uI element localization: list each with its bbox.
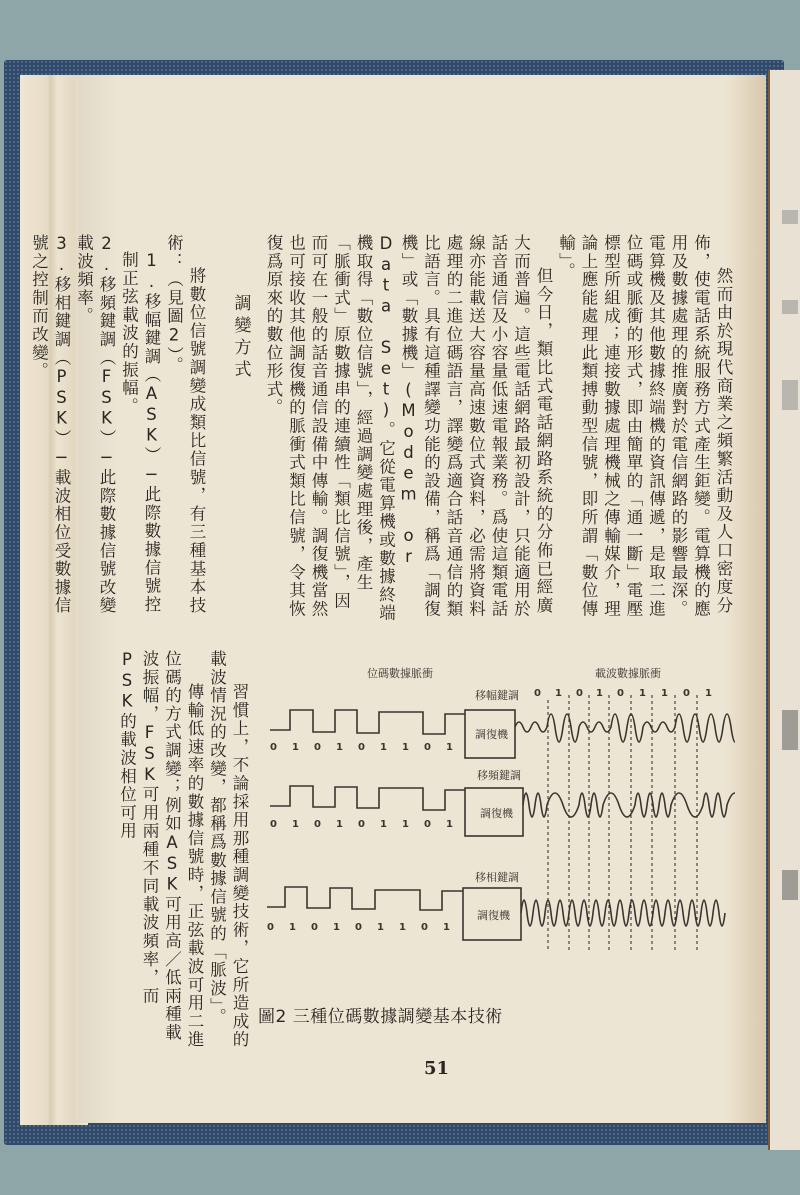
digital-pulse-label: 位碼數據脈衝	[367, 666, 433, 680]
svg-text:1: 1	[639, 688, 646, 699]
carrier-pulse-label: 載波數據脈衝	[595, 666, 661, 680]
fsk-label: 移頻鍵調	[477, 768, 521, 782]
svg-text:1: 1	[555, 688, 562, 699]
page-number: 51	[424, 1058, 449, 1079]
svg-text:0: 0	[355, 922, 362, 933]
section-heading: 調變方式	[229, 234, 252, 624]
paragraph-4: 傳輸低速率的數據信號時，正弦載波可用二進位碼的方式調變；例如ASK可用高／低兩種…	[115, 650, 205, 1050]
ask-modem-label: 調復機	[475, 727, 509, 741]
svg-text:1: 1	[289, 922, 296, 933]
psk-modem-label: 調復機	[477, 908, 511, 922]
svg-text:0: 0	[534, 688, 541, 699]
figure-caption: 圖2 三種位碼數據調變基本技術	[258, 1002, 503, 1027]
svg-text:1: 1	[402, 742, 409, 753]
psk-bit-pulse	[267, 887, 463, 910]
psk-label: 移相鍵調	[475, 870, 519, 884]
svg-text:1: 1	[380, 742, 387, 753]
fsk-modem-label: 調復機	[480, 806, 514, 820]
svg-text:1: 1	[446, 742, 453, 753]
svg-text:1: 1	[336, 742, 343, 753]
psk-carrier-wave	[521, 900, 725, 926]
list-item-fsk: 2.移頻鍵調（FSK）─此際數據信號改變載波頻率。	[72, 234, 117, 624]
svg-text:1: 1	[292, 819, 299, 830]
svg-text:1: 1	[705, 688, 712, 699]
svg-text:0: 0	[358, 742, 365, 753]
svg-text:1: 1	[443, 922, 450, 933]
svg-text:0: 0	[683, 688, 690, 699]
svg-text:0: 0	[358, 819, 365, 830]
intro-paragraph: 將數位信號調變成類比信號，有三種基本技術：（見圖2）。	[162, 234, 207, 624]
svg-text:0: 0	[617, 688, 624, 699]
svg-text:1: 1	[596, 688, 603, 699]
ask-bit-pulse	[270, 710, 465, 734]
fsk-carrier-wave	[523, 793, 735, 817]
svg-text:0: 0	[424, 742, 431, 753]
modulation-figure: 位碼數據脈衝 載波數據脈衝 移幅鍵調 調復機 移頻鍵調 調復機 移相鍵調 調復機…	[255, 655, 735, 1000]
svg-text:0: 0	[311, 922, 318, 933]
svg-text:0: 0	[270, 819, 277, 830]
fsk-bit-pulse	[270, 786, 465, 810]
svg-text:1: 1	[333, 922, 340, 933]
svg-text:0: 0	[421, 922, 428, 933]
body-text-upper: 然而由於現代商業之頻繁活動及人口密度分佈，使電話系統服務方式產生鉅變。電算機的應…	[134, 234, 734, 624]
list-item-psk: 3.移相鍵調（PSK）─載波相位受數據信號之控制而改變。	[27, 234, 72, 624]
paragraph-1: 然而由於現代商業之頻繁活動及人口密度分佈，使電話系統服務方式產生鉅變。電算機的應…	[554, 234, 734, 624]
svg-text:1: 1	[446, 819, 453, 830]
svg-text:1: 1	[399, 922, 406, 933]
svg-text:1: 1	[292, 742, 299, 753]
svg-text:0: 0	[424, 819, 431, 830]
svg-text:0: 0	[314, 819, 321, 830]
svg-text:1: 1	[380, 819, 387, 830]
svg-text:0: 0	[267, 922, 274, 933]
body-text-lower: 習慣上，不論採用那種調變技術，它所造成的載波情況的改變，都稱爲數據信號的「脈波」…	[138, 650, 250, 1050]
adjacent-page-edge	[768, 70, 800, 1150]
svg-text:1: 1	[336, 819, 343, 830]
svg-text:1: 1	[661, 688, 668, 699]
paragraph-2: 但今日，類比式電話網路系統的分佈已經廣大而普遍。這些電話網路最初設計，只能適用於…	[262, 234, 555, 624]
list-item-ask: 1.移幅鍵調（ASK）─此際數據信號控制正弦載波的振幅。	[117, 234, 162, 624]
svg-text:1: 1	[402, 819, 409, 830]
svg-text:0: 0	[576, 688, 583, 699]
paragraph-3: 習慣上，不論採用那種調變技術，它所造成的載波情況的改變，都稱爲數據信號的「脈波」…	[205, 650, 250, 1050]
svg-text:0: 0	[314, 742, 321, 753]
svg-text:1: 1	[377, 922, 384, 933]
ask-label: 移幅鍵調	[475, 688, 519, 702]
svg-text:0: 0	[270, 742, 277, 753]
